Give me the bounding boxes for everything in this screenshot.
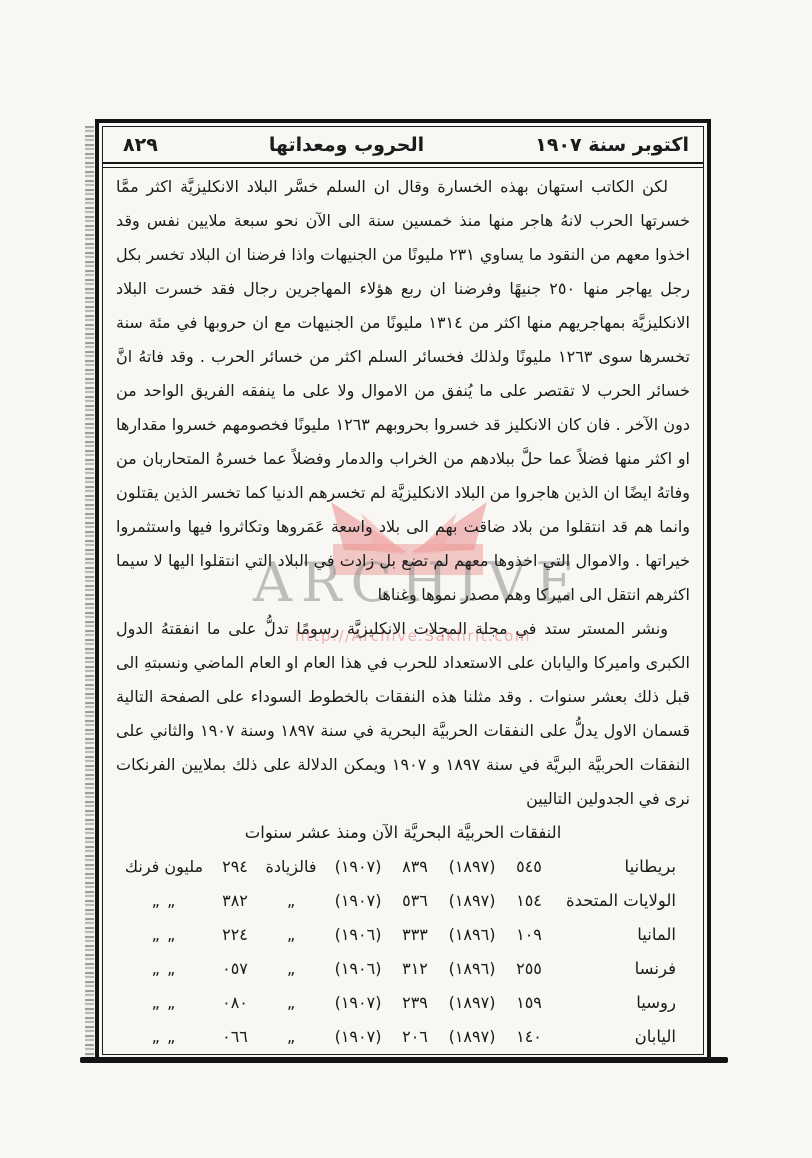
text-line: دون الآخر . فان كان الانكليز قد خسروا بح… [116, 408, 690, 442]
year-1907: (١٩٠٧) [324, 986, 392, 1020]
increase-label: „ [258, 918, 324, 952]
value-1897: ١٤٠ [506, 1020, 552, 1054]
year-1897: (١٨٩٧) [438, 1020, 506, 1054]
year-1906: (١٩٠٦) [324, 918, 392, 952]
text-line: قبل ذلك بعشر سنوات . وقد مثلنا هذه النفق… [116, 680, 690, 714]
unit-label: „ „ [116, 884, 212, 918]
value-1907: ٢٠٦ [392, 1020, 438, 1054]
text-line: الكبرى واميركا واليابان على الاستعداد لل… [116, 646, 690, 680]
page-frame-inner: ARCHIVE http://Archive.Sakhrit.com اكتوب… [102, 126, 704, 1055]
text-line: لكن الكاتب استهان بهذه الخسارة وقال ان ا… [116, 170, 690, 204]
unit-label: „ „ [116, 918, 212, 952]
table-row: فرنسا ٢٥٥ (١٨٩٦) ٣١٢ (١٩٠٦) „ ٠٥٧ „ „ [116, 952, 690, 986]
year-1897: (١٨٩٧) [438, 850, 506, 884]
year-1907: (١٩٠٧) [324, 1020, 392, 1054]
table-title: النفقات الحربيَّة البحريَّة الآن ومنذ عش… [116, 816, 690, 850]
table-row: بريطانيا ٥٤٥ (١٨٩٧) ٨٣٩ (١٩٠٧) فالزيادة … [116, 850, 690, 884]
unit-label: „ „ [116, 986, 212, 1020]
year-1896: (١٨٩٦) [438, 918, 506, 952]
country-name: المانيا [552, 918, 690, 952]
year-1896: (١٨٩٦) [438, 952, 506, 986]
year-1906: (١٩٠٦) [324, 952, 392, 986]
unit-label: „ „ [116, 1020, 212, 1054]
unit-label: مليون فرنك [116, 850, 212, 884]
unit-label: „ „ [116, 952, 212, 986]
country-name: روسيا [552, 986, 690, 1020]
increase-label: „ [258, 986, 324, 1020]
country-name: الولايات المتحدة [552, 884, 690, 918]
country-name: اليابان [552, 1020, 690, 1054]
text-line: رجل يهاجر منها ٢٥٠ جنيهًا وفرضنا ان ربع … [116, 272, 690, 306]
value-1897: ٥٤٥ [506, 850, 552, 884]
year-1897: (١٨٩٧) [438, 884, 506, 918]
text-line: اكثرهم انتقل الى اميركا وهم مصدر نموها و… [116, 578, 690, 612]
increase-value: ٠٥٧ [212, 952, 258, 986]
text-line: تخسرها سوى ١٢٦٣ مليونًا ولذلك فخسائر الس… [116, 340, 690, 374]
text-line: وفاتهُ ايضًا ان الذين هاجروا من البلاد ا… [116, 476, 690, 510]
text-line: او اكثر منها فضلاً عما حلَّ ببلادهم من ا… [116, 442, 690, 476]
scanned-page: ARCHIVE http://Archive.Sakhrit.com اكتوب… [0, 0, 812, 1158]
header-title: الحروب ومعداتها [158, 127, 535, 164]
value-1906: ٣١٢ [392, 952, 438, 986]
table-row: الولايات المتحدة ١٥٤ (١٨٩٧) ٥٣٦ (١٩٠٧) „… [116, 884, 690, 918]
paragraph-1: لكن الكاتب استهان بهذه الخسارة وقال ان ا… [116, 170, 690, 612]
value-1896: ٢٥٥ [506, 952, 552, 986]
increase-label: „ [258, 952, 324, 986]
country-name: فرنسا [552, 952, 690, 986]
text-line: خيراتها . والاموال التي اخذوها معهم لم ت… [116, 544, 690, 578]
value-1907: ٨٣٩ [392, 850, 438, 884]
table-row: روسيا ١٥٩ (١٨٩٧) ٢٣٩ (١٩٠٧) „ ٠٨٠ „ „ [116, 986, 690, 1020]
increase-value: ٠٦٦ [212, 1020, 258, 1054]
text-line: خسائر الحرب لا تقتصر على ما يُنفق من الا… [116, 374, 690, 408]
text-line: الانكليزيَّة بمهاجريهم منها اكثر من ١٣١٤… [116, 306, 690, 340]
paragraph-2: ونشر المستر ستد في مجلة المجلات الانكليز… [116, 612, 690, 816]
binding-texture [85, 126, 94, 1058]
table-row: اليابان ١٤٠ (١٨٩٧) ٢٠٦ (١٩٠٧) „ ٠٦٦ „ „ [116, 1020, 690, 1054]
value-1897: ١٥٩ [506, 986, 552, 1020]
page-body: لكن الكاتب استهان بهذه الخسارة وقال ان ا… [103, 168, 703, 1054]
year-1897: (١٨٩٧) [438, 986, 506, 1020]
value-1906: ٣٣٣ [392, 918, 438, 952]
increase-label: „ [258, 1020, 324, 1054]
year-1907: (١٩٠٧) [324, 850, 392, 884]
increase-value: ٢٢٤ [212, 918, 258, 952]
expenditure-table: بريطانيا ٥٤٥ (١٨٩٧) ٨٣٩ (١٩٠٧) فالزيادة … [116, 850, 690, 1054]
increase-value: ٢٩٤ [212, 850, 258, 884]
value-1897: ١٥٤ [506, 884, 552, 918]
table-row: المانيا ١٠٩ (١٨٩٦) ٣٣٣ (١٩٠٦) „ ٢٢٤ „ „ [116, 918, 690, 952]
country-name: بريطانيا [552, 850, 690, 884]
page-frame: ARCHIVE http://Archive.Sakhrit.com اكتوب… [95, 119, 711, 1062]
text-line: خسرتها الحرب لانهُ هاجر منها منذ خمسين س… [116, 204, 690, 238]
text-line: وانما هم قد انتقلوا من بلاد ضاقت بهم الى… [116, 510, 690, 544]
increase-value: ٣٨٢ [212, 884, 258, 918]
value-1896: ١٠٩ [506, 918, 552, 952]
text-line: اخذوا معهم من النقود ما يساوي ٢٣١ مليونً… [116, 238, 690, 272]
increase-value: ٠٨٠ [212, 986, 258, 1020]
value-1907: ٥٣٦ [392, 884, 438, 918]
increase-label: „ [258, 884, 324, 918]
page-header: اكتوبر سنة ١٩٠٧ الحروب ومعداتها ٨٢٩ [103, 127, 703, 164]
text-line: نرى في الجدولين التاليين [116, 782, 690, 816]
text-line: ونشر المستر ستد في مجلة المجلات الانكليز… [116, 612, 690, 646]
page-content: اكتوبر سنة ١٩٠٧ الحروب ومعداتها ٨٢٩ لكن … [103, 127, 703, 1054]
header-date: اكتوبر سنة ١٩٠٧ [535, 127, 689, 164]
increase-label: فالزيادة [258, 850, 324, 884]
year-1907: (١٩٠٧) [324, 884, 392, 918]
value-1907: ٢٣٩ [392, 986, 438, 1020]
text-line: قسمان الاول يدلُّ على النفقات الحربيَّة … [116, 714, 690, 748]
text-line: النفقات الحربيَّة البريَّة في سنة ١٨٩٧ و… [116, 748, 690, 782]
header-page-number: ٨٢٩ [123, 127, 158, 164]
